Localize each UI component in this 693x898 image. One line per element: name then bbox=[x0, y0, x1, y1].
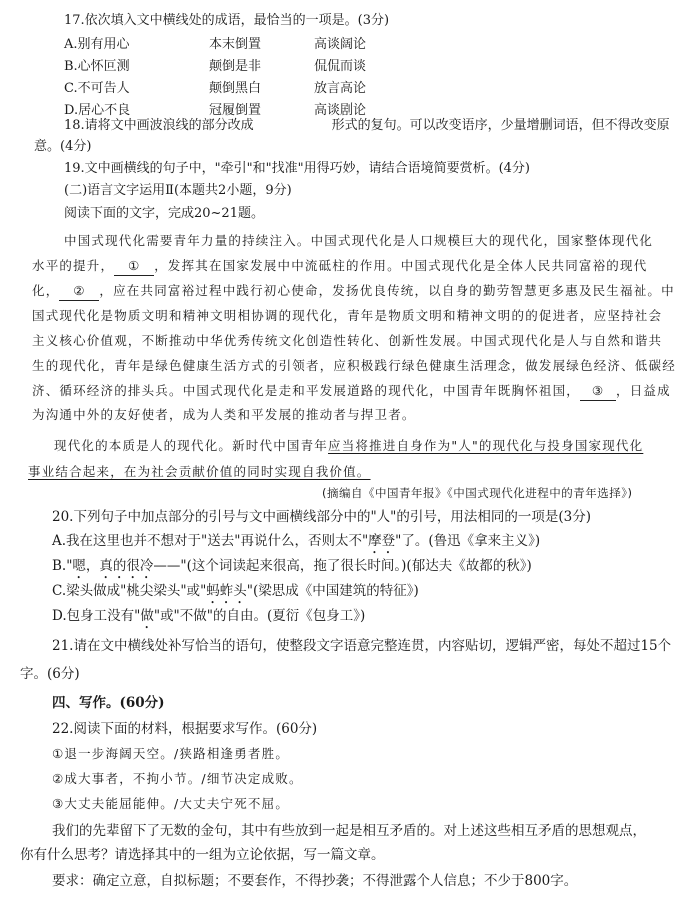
dotted-text: "蚂蚱头" bbox=[200, 583, 253, 599]
q19-text: 19.文中画横线的句子中，"牵引"和"找准"用得巧妙，请结合语境简要赏析。(4分… bbox=[64, 160, 530, 178]
passage-text: 现代化的本质是人的现代化。新时代中国青年 bbox=[54, 438, 328, 453]
option-text: A.我在这里也并不想对于"送去"再说什么，否则太不 bbox=[52, 533, 362, 549]
passage-p1-line1: 中国式现代化需要青年力量的持续注入。中国式现代化是人口规模巨大的现代化，国家整体… bbox=[64, 232, 653, 250]
q20-option-d: D.包身工没有"做"或"不做"的自由。(夏衍《包身工》) bbox=[52, 607, 365, 632]
option-text: 或"不做"的自由。(夏衍《包身工》) bbox=[160, 608, 365, 624]
option-text: D.包身工没有 bbox=[52, 608, 134, 624]
passage-source: (摘编自《中国青年报》《中国式现代化进程中的青年选择》) bbox=[322, 484, 632, 502]
answer-blank-2[interactable]: ② bbox=[59, 282, 99, 301]
section2-title: (二)语言文字运用Ⅱ(本题共2小题，9分) bbox=[64, 182, 292, 200]
passage-p2-line1: 现代化的本质是人的现代化。新时代中国青年应当将推进自身作为"人"的现代化与投身国… bbox=[54, 437, 643, 455]
passage-text: ，应在共同富裕过程中践行初心使命，发扬优良传统，以自身的勤劳智慧更多惠及民生福祉… bbox=[99, 283, 674, 298]
exam-page: 17.依次填入文中横线处的成语，最恰当的一项是。(3分) A.别有用心 本末倒置… bbox=[0, 0, 693, 898]
q21-line2: 字。(6分) bbox=[20, 665, 80, 683]
option-text: (这个词读起来很高，拖了很长时间。)(郁达夫《故都的秋》) bbox=[187, 558, 532, 574]
q22-item-2: ②成大事者，不拘小节。/细节决定成败。 bbox=[52, 770, 303, 788]
section4-title: 四、写作。(60分) bbox=[52, 694, 165, 712]
option-text: (梁思成《中国建筑的特征》) bbox=[253, 583, 419, 599]
dotted-text: "摩登" bbox=[362, 533, 401, 549]
q22-item-3: ③大丈夫能屈能伸。/大丈夫宁死不屈。 bbox=[52, 795, 289, 813]
q17-c-col3: 放言高论 bbox=[314, 80, 366, 98]
q22-prompt-line1: 我们的先辈留下了无数的金句，其中有些放到一起是相互矛盾的。对上述这些相互矛盾的思… bbox=[52, 822, 646, 840]
passage-p1-line3: 化，②，应在共同富裕过程中践行初心使命，发扬优良传统，以自身的勤劳智慧更多惠及民… bbox=[32, 282, 675, 301]
q21-line1: 21.请在文中横线处补写恰当的语句，使整段文字语意完整连贯，内容贴切，逻辑严密，… bbox=[52, 637, 671, 655]
q17-a-label: A.别有用心 bbox=[64, 36, 130, 54]
q17-c-label: C.不可告人 bbox=[64, 80, 130, 98]
q20-option-b: B."嗯，真的很冷——"(这个词读起来很高，拖了很长时间。)(郁达夫《故都的秋》… bbox=[52, 557, 532, 582]
passage-text: 水平的提升， bbox=[32, 258, 114, 273]
passage-p1-line7: 济、循环经济的排头兵。中国式现代化是走和平发展道路的现代化，中国青年既胸怀祖国，… bbox=[32, 382, 671, 401]
q17-b-label: B.心怀叵测 bbox=[64, 58, 130, 76]
dotted-text: "嗯，真的很冷——" bbox=[66, 558, 186, 574]
q22-requirements: 要求：确定立意，自拟标题；不要套作，不得抄袭；不得泄露个人信息；不少于800字。 bbox=[52, 872, 577, 890]
q18-line2: 意。(4分) bbox=[34, 138, 91, 156]
q17-a-col3: 高谈阔论 bbox=[314, 36, 366, 54]
passage-p1-line4: 国式现代化是物质文明和精神文明相协调的现代化，青年是物质文明和精神文明的的促进者… bbox=[32, 307, 662, 325]
q22-stem: 22.阅读下面的材料，根据要求写作。(60分) bbox=[52, 720, 317, 738]
option-text: B. bbox=[52, 558, 66, 574]
q20-option-c: C.梁头做成"桃尖梁头"或"蚂蚱头"(梁思成《中国建筑的特征》) bbox=[52, 582, 419, 607]
passage-text: ，日益成 bbox=[616, 383, 671, 398]
q17-b-col3: 侃侃而谈 bbox=[314, 58, 366, 76]
section2-instruction: 阅读下面的文字，完成20~21题。 bbox=[64, 205, 264, 223]
dotted-text: "做" bbox=[134, 608, 160, 624]
passage-p1-line5: 主义核心价值观，不断推动中华优秀传统文化创造性转化、创新性发展。中国式现代化是人… bbox=[32, 332, 662, 350]
q22-prompt-line2: 你有什么思考？请选择其中的一组为立论依据，写一篇文章。 bbox=[20, 846, 385, 864]
answer-blank-3[interactable]: ③ bbox=[580, 382, 616, 401]
q17-c-col2: 颠倒黑白 bbox=[209, 80, 261, 98]
option-text: 了。(鲁迅《拿来主义》) bbox=[401, 533, 540, 549]
q17-a-col2: 本末倒置 bbox=[209, 36, 261, 54]
passage-p1-line2: 水平的提升，①，发挥其在国家发展中中流砥柱的作用。中国式现代化是全体人民共同富裕… bbox=[32, 257, 647, 276]
underlined-sentence: 事业结合起来，在为社会贡献价值的同时实现自我价值。 bbox=[28, 464, 371, 479]
answer-blank-1[interactable]: ① bbox=[114, 257, 154, 276]
q20-option-a: A.我在这里也并不想对于"送去"再说什么，否则太不"摩登"了。(鲁迅《拿来主义》… bbox=[52, 532, 540, 557]
q17-b-col2: 颠倒是非 bbox=[209, 58, 261, 76]
q20-stem: 20.下列句子中加点部分的引号与文中画横线部分中的"人"的引号，用法相同的一项是… bbox=[52, 508, 591, 526]
q18-line1: 18.请将文中画波浪线的部分改成 形式的复句。可以改变语序，少量增删词语，但不得… bbox=[64, 117, 670, 135]
passage-p1-line8: 为沟通中外的友好使者，成为人类和平发展的推动者与捍卫者。 bbox=[32, 406, 416, 424]
passage-text: 化， bbox=[32, 283, 59, 298]
passage-p1-line6: 生的现代化，青年是绿色健康生活方式的引领者，应积极践行绿色健康生活理念，做发展绿… bbox=[32, 357, 676, 375]
q22-item-1: ①退一步海阔天空。/狭路相逢勇者胜。 bbox=[52, 745, 289, 763]
underlined-sentence: 应当将推进自身作为"人"的现代化与投身国家现代化 bbox=[328, 438, 643, 453]
passage-p2-line2: 事业结合起来，在为社会贡献价值的同时实现自我价值。 bbox=[28, 463, 371, 481]
passage-text: 济、循环经济的排头兵。中国式现代化是走和平发展道路的现代化，中国青年既胸怀祖国， bbox=[32, 383, 580, 398]
q17-stem: 17.依次填入文中横线处的成语，最恰当的一项是。(3分) bbox=[64, 12, 389, 30]
option-text: C.梁头做成"桃尖梁头"或 bbox=[52, 583, 200, 599]
passage-text: ，发挥其在国家发展中中流砥柱的作用。中国式现代化是全体人民共同富裕的现代 bbox=[154, 258, 647, 273]
